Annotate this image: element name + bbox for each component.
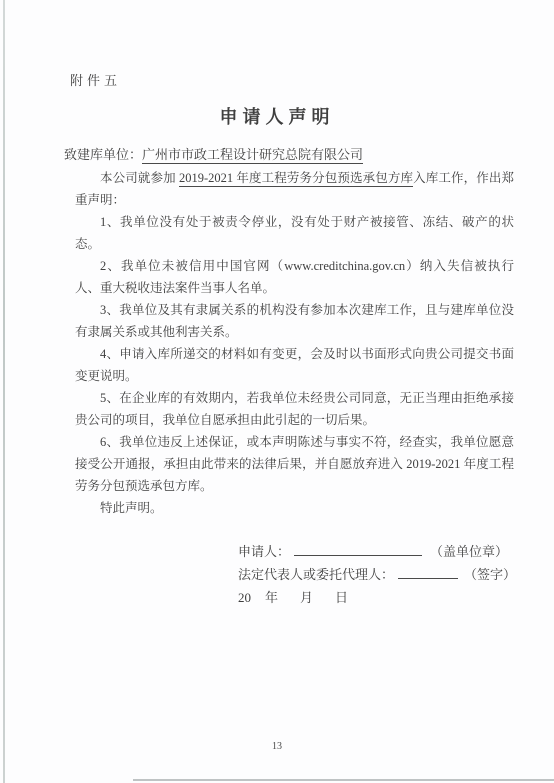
date-year-prefix: 20: [238, 590, 251, 605]
salutation-prefix: 致建库单位：: [64, 147, 142, 162]
declaration-item-3: 3、我单位及其有隶属关系的机构没有参加本次建库工作，且与建库单位没有隶属关系或其…: [75, 299, 514, 343]
scan-artifact-left-edge: [3, 0, 5, 783]
date-year-label: 年: [265, 590, 278, 605]
intro-lead: 本公司就参加: [100, 171, 179, 185]
declaration-item-5: 5、在企业库的有效期内，若我单位未经贵公司同意，无正当理由拒绝承接贵公司的项目，…: [75, 387, 514, 431]
attachment-label: 附件五: [70, 0, 554, 89]
applicant-signature-line: 申请人：（盖单位章）: [238, 540, 554, 563]
date-line: 20年月日: [238, 586, 554, 609]
intro-project-name: 2019-2021 年度工程劳务分包预选承包方库: [179, 171, 413, 187]
recipient-company-name: 广州市市政工程设计研究总院有限公司: [142, 147, 363, 164]
page-number: 13: [0, 741, 554, 752]
agent-signature-blank: [398, 566, 458, 579]
salutation-line: 致建库单位：广州市市政工程设计研究总院有限公司: [64, 144, 514, 163]
document-title: 申请人声明: [0, 103, 554, 129]
declaration-item-1: 1、我单位没有处于被责令停业，没有处于财产被接管、冻结、破产的状态。: [75, 211, 514, 255]
signature-note: （签字）: [464, 567, 516, 582]
declaration-item-4: 4、申请入库所递交的材料如有变更，会及时以书面形式向贵公司提交书面变更说明。: [75, 343, 514, 387]
date-day-label: 日: [335, 590, 348, 605]
date-month-label: 月: [300, 590, 313, 605]
declaration-item-2: 2、我单位未被信用中国官网（www.creditchina.gov.cn）纳入失…: [75, 255, 514, 299]
intro-paragraph: 本公司就参加 2019-2021 年度工程劳务分包预选承包方库入库工作，作出郑重…: [75, 167, 514, 211]
declaration-body: 本公司就参加 2019-2021 年度工程劳务分包预选承包方库入库工作，作出郑重…: [75, 167, 514, 519]
applicant-label: 申请人：: [238, 544, 290, 559]
closing-statement: 特此声明。: [75, 497, 514, 519]
agent-label: 法定代表人或委托代理人：: [238, 567, 394, 582]
agent-signature-line: 法定代表人或委托代理人：（签字）: [238, 563, 554, 586]
scan-artifact-bottom-edge: [133, 779, 554, 781]
company-seal-note: （盖单位章）: [430, 544, 508, 559]
declaration-item-6: 6、我单位违反上述保证，或本声明陈述与事实不符，经查实，我单位愿意接受公开通报，…: [75, 431, 514, 497]
applicant-signature-blank: [294, 543, 422, 556]
signature-block: 申请人：（盖单位章） 法定代表人或委托代理人：（签字） 20年月日: [238, 540, 554, 609]
document-page: 附件五 申请人声明 致建库单位：广州市市政工程设计研究总院有限公司 本公司就参加…: [0, 0, 554, 783]
